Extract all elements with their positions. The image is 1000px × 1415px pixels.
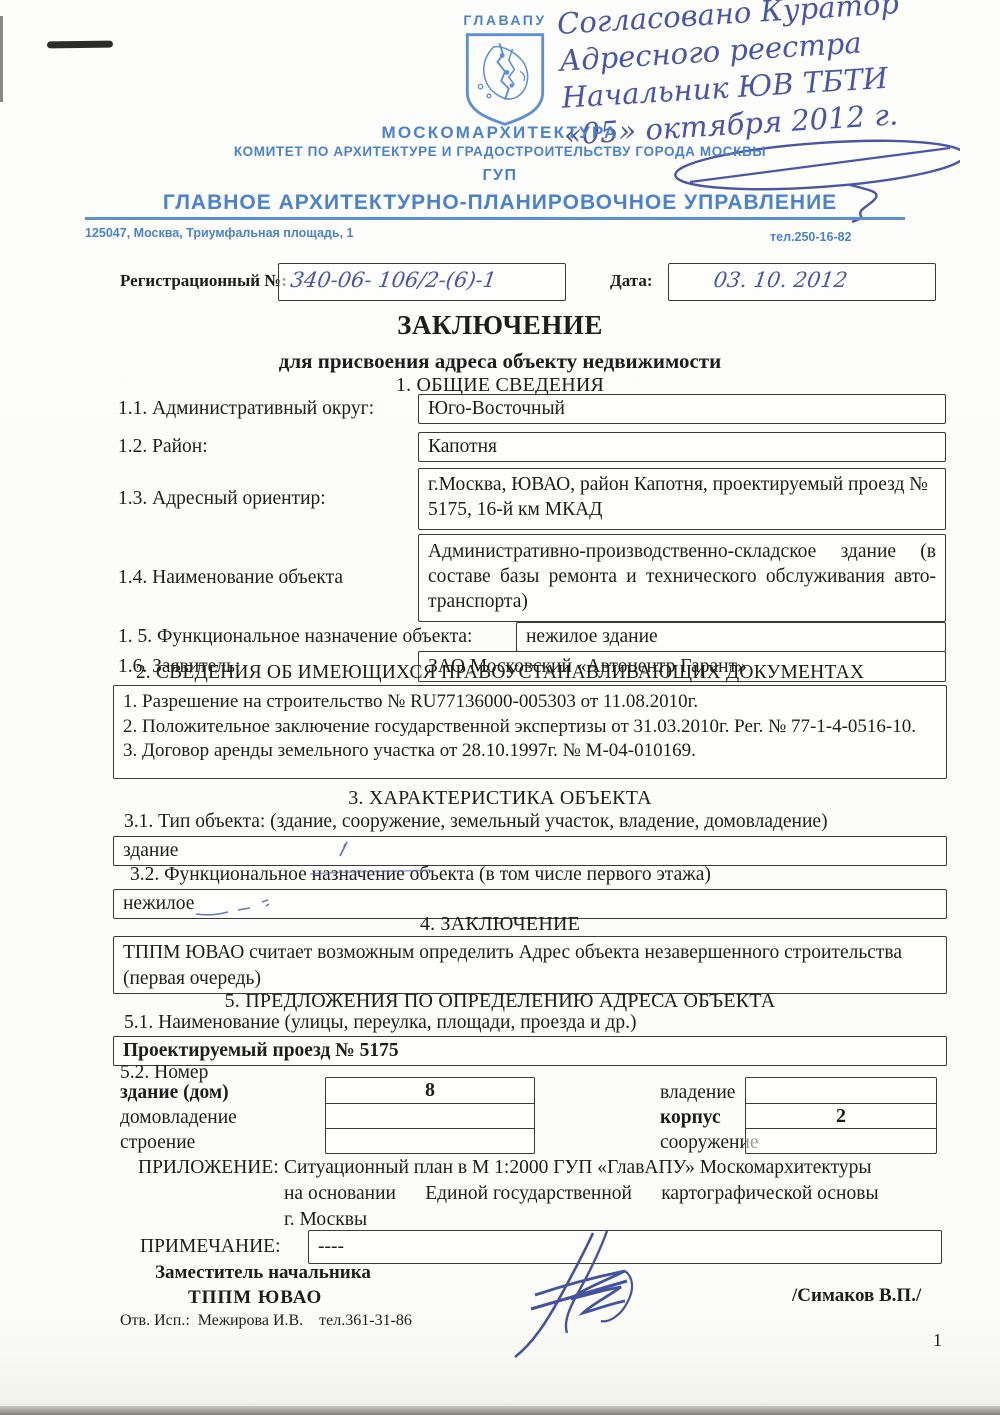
document-subtitle: для присвоения адреса объекту недвижимос…	[0, 349, 1000, 374]
field-label: 1.3. Адресный ориентир:	[118, 488, 418, 510]
org-gup: ГУП	[0, 167, 1000, 185]
grid-value-korpus: 2	[746, 1103, 936, 1128]
document-item: 3. Договор аренды земельного участка от …	[123, 739, 937, 764]
field-value-box: Юго-Восточный	[418, 394, 946, 424]
scan-bottom-edge	[0, 1406, 1000, 1415]
grid-label-structure: строение	[120, 1130, 237, 1155]
appendix-label: ПРИЛОЖЕНИЕ:	[138, 1157, 279, 1179]
pen-scribble-marks	[300, 838, 580, 918]
org-address: 125047, Москва, Триумфальная площадь, 1	[85, 226, 353, 240]
number-grid-right-boxes: 2	[745, 1077, 937, 1154]
field-label: 1.4. Наименование объекта	[118, 567, 418, 589]
grid-label-building: здание (дом)	[120, 1080, 237, 1105]
section2-heading: 2. СВЕДЕНИЯ ОБ ИМЕЮЩИХСЯ ПРАВОУСТАНАВЛИВ…	[0, 662, 1000, 684]
signer-position-line2: ТППМ ЮВАО	[188, 1287, 322, 1309]
grid-label-homestead: домовладение	[120, 1105, 237, 1130]
scanned-document-page: ГЛАВАПУ Согласовано Куратор Адресного ре…	[0, 0, 1000, 1415]
signer-position-line1: Заместитель начальника	[155, 1262, 371, 1284]
registration-number-field: 340-06- 106/2-(6)-1	[278, 263, 566, 301]
registration-number-label: Регистрационный №:	[120, 271, 287, 291]
field-raion: 1.2. Район: Капотня	[118, 432, 946, 462]
grid-label-korpus: корпус	[660, 1105, 759, 1130]
signature-scribble-icon	[475, 1225, 705, 1375]
field-value-box: Капотня	[418, 432, 946, 462]
section5-street-name-box: Проектируемый проезд № 5175	[113, 1036, 947, 1066]
number-grid-left-boxes: 8	[325, 1077, 535, 1154]
field-label: 1.2. Район:	[118, 436, 418, 458]
section4-heading: 4. ЗАКЛЮЧЕНИЕ	[0, 913, 1000, 936]
appendix-line2: на основании Единой государственной карт…	[284, 1183, 879, 1205]
date-field: 03. 10. 2012	[668, 263, 936, 301]
document-title: ЗАКЛЮЧЕНИЕ	[0, 310, 1000, 341]
section5-heading: 5. ПРЕДЛОЖЕНИЯ ПО ОПРЕДЕЛЕНИЮ АДРЕСА ОБЪ…	[0, 990, 1000, 1013]
field-address-landmark: 1.3. Адресный ориентир: г.Москва, ЮВАО, …	[118, 468, 946, 530]
note-label: ПРИМЕЧАНИЕ:	[140, 1236, 281, 1258]
field-functional-purpose: 1. 5. Функциональное назначение объекта:…	[118, 622, 946, 652]
number-grid-left-labels: здание (дом) домовладение строение	[120, 1080, 237, 1155]
letterhead-rule	[85, 217, 905, 220]
signed-name: /Симаков В.П./	[792, 1285, 921, 1307]
date-label: Дата:	[610, 271, 652, 291]
page-number: 1	[933, 1330, 942, 1351]
glavapu-logo-caption: ГЛАВАПУ	[450, 12, 560, 28]
appendix-line1: Ситуационный план в М 1:2000 ГУП «ГлавАП…	[284, 1157, 871, 1179]
org-name-committee: КОМИТЕТ ПО АРХИТЕКТУРЕ И ГРАДОСТРОИТЕЛЬС…	[0, 144, 1000, 159]
grid-value-structure	[326, 1128, 534, 1153]
field-admin-district: 1.1. Административный округ: Юго-Восточн…	[118, 394, 946, 424]
grid-value-possession	[746, 1078, 936, 1103]
org-name-short: МОСКОМАРХИТЕКТУРА	[0, 123, 1000, 143]
grid-label-possession: владение	[660, 1080, 759, 1105]
field-value-box: г.Москва, ЮВАО, район Капотня, проектиру…	[418, 468, 946, 530]
scan-artifact-left-edge	[0, 16, 3, 102]
section5-q1-label: 5.1. Наименование (улицы, переулка, площ…	[124, 1012, 636, 1034]
section3-q1-label: 3.1. Тип объекта: (здание, сооружение, з…	[124, 811, 828, 833]
section4-conclusion-box: ТППМ ЮВАО считает возможным определить А…	[113, 936, 947, 994]
grid-value-homestead	[326, 1103, 534, 1128]
field-object-name: 1.4. Наименование объекта Административн…	[118, 534, 946, 622]
document-item: 1. Разрешение на строительство № RU77136…	[123, 690, 937, 715]
glavapu-logo: ГЛАВАПУ	[450, 12, 560, 128]
executor-line: Отв. Исп.: Межирова И.В. тел.361-31-86	[120, 1312, 412, 1330]
field-value-box: Административно-производственно-складско…	[418, 534, 946, 622]
field-label: 1. 5. Функциональное назначение объекта:	[118, 626, 516, 648]
section2-documents-box: 1. Разрешение на строительство № RU77136…	[113, 685, 947, 779]
scan-artifact-dash	[47, 41, 113, 49]
field-value-box: нежилое здание	[516, 622, 946, 652]
document-item: 2. Положительное заключение государствен…	[123, 715, 937, 740]
grid-value-building: 8	[326, 1078, 534, 1103]
number-grid-right-labels: владение корпус сооружение	[660, 1080, 759, 1155]
glavapu-shield-icon	[457, 30, 553, 128]
field-label: 1.1. Административный округ:	[118, 398, 418, 420]
section3-heading: 3. ХАРАКТЕРИСТИКА ОБЪЕКТА	[0, 787, 1000, 810]
date-value: 03. 10. 2012	[667, 264, 937, 292]
grid-label-construction: сооружение	[660, 1130, 759, 1155]
registration-number-value: 340-06- 106/2-(6)-1	[277, 264, 567, 292]
org-phone: тел.250-16-82	[770, 230, 851, 244]
grid-value-construction	[746, 1128, 936, 1153]
appendix-line3: г. Москвы	[284, 1209, 367, 1231]
org-name-main: ГЛАВНОЕ АРХИТЕКТУРНО-ПЛАНИРОВОЧНОЕ УПРАВ…	[0, 191, 1000, 215]
